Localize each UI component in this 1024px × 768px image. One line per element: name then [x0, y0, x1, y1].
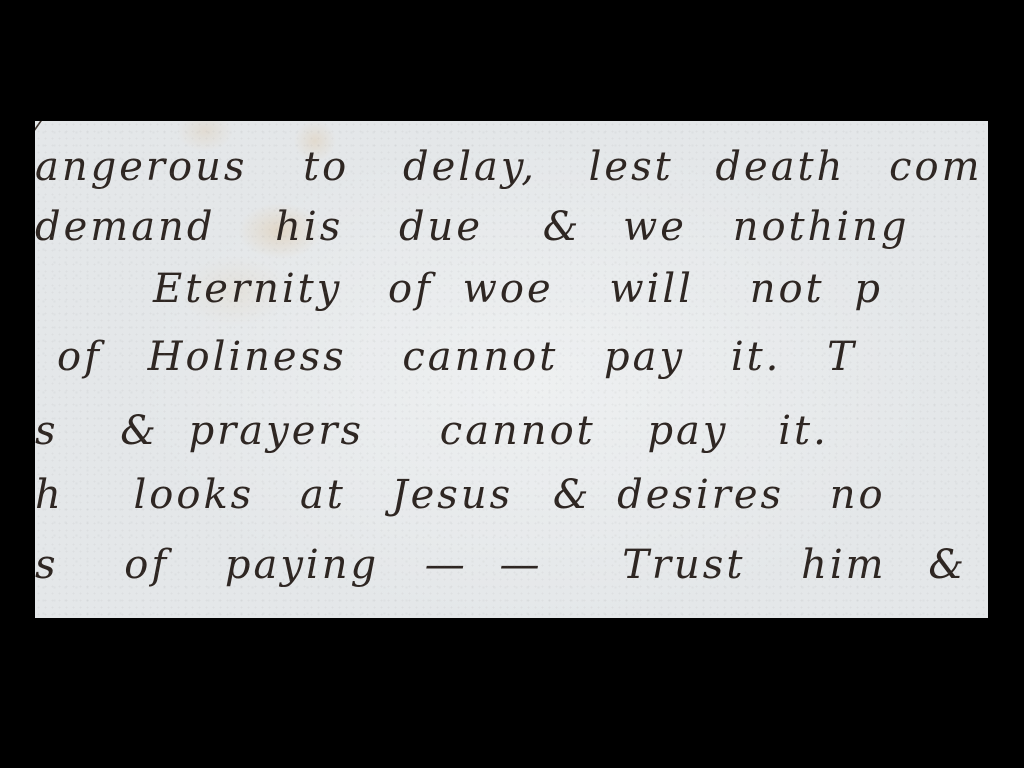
word: &	[928, 545, 967, 585]
word: Holiness	[148, 337, 347, 377]
word: will	[609, 269, 694, 309]
word: looks	[133, 475, 254, 515]
word: &	[553, 475, 592, 515]
word: to	[303, 147, 349, 187]
word: com	[889, 147, 982, 187]
word: death	[715, 147, 845, 187]
word: cannot	[402, 337, 558, 377]
word: him	[801, 545, 886, 585]
word: demand	[35, 207, 215, 247]
manuscript-page: angerous to delay, lest death com demand…	[35, 121, 988, 618]
manuscript-line-6: h looks at Jesus & desires no	[35, 475, 920, 515]
word: paying	[225, 545, 379, 585]
word: it.	[778, 411, 829, 451]
manuscript-line-3: Eternity of woe will not p	[153, 269, 917, 309]
word: nothing	[733, 207, 910, 247]
word: no	[830, 475, 886, 515]
word: due	[399, 207, 483, 247]
word: desires	[617, 475, 784, 515]
word: n	[987, 545, 988, 585]
pen-stroke-fragment	[35, 121, 60, 135]
word: p	[854, 269, 883, 309]
manuscript-line-1: angerous to delay, lest death com	[35, 147, 988, 187]
word: pay	[647, 411, 728, 451]
word: of	[124, 545, 169, 585]
word: of	[57, 337, 102, 377]
manuscript-line-2: demand his due & we nothing	[35, 207, 944, 247]
word: lest	[589, 147, 674, 187]
word: Eternity	[153, 269, 342, 309]
manuscript-line-7: s of paying — — Trust him & n	[35, 545, 988, 585]
word: prayers	[189, 411, 365, 451]
word: s	[35, 411, 59, 451]
screen: angerous to delay, lest death com demand…	[0, 0, 1024, 768]
word: pay	[604, 337, 685, 377]
word: it.	[731, 337, 782, 377]
word: &	[120, 411, 159, 451]
word: his	[275, 207, 343, 247]
word: Trust	[622, 545, 745, 585]
word: delay,	[403, 147, 537, 187]
word: T	[827, 337, 857, 377]
word: cannot	[440, 411, 596, 451]
word: Jesus	[392, 475, 514, 515]
word: h	[35, 475, 64, 515]
manuscript-line-4: of Holiness cannot pay it. T	[57, 337, 891, 377]
manuscript-line-5: s & prayers cannot pay it.	[35, 411, 863, 451]
word: woe	[463, 269, 554, 309]
word: —	[425, 545, 468, 585]
word: &	[543, 207, 582, 247]
word: we	[623, 207, 687, 247]
word: —	[500, 545, 543, 585]
word: at	[300, 475, 346, 515]
word: s	[35, 545, 59, 585]
word: not	[750, 269, 825, 309]
word: angerous	[35, 147, 247, 187]
word: of	[388, 269, 433, 309]
